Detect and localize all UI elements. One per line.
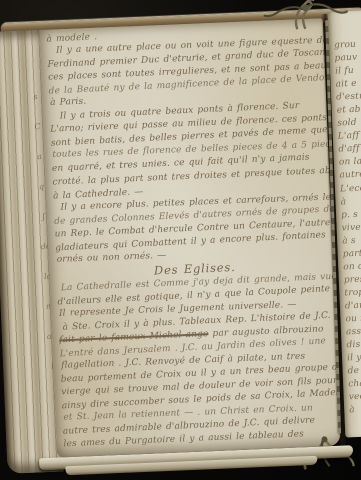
handwritten-text: à modele .Il y a une autre place ou on v… xyxy=(46,21,341,457)
fragment-line: de f xyxy=(347,364,361,378)
fragment-line: disp xyxy=(346,338,361,352)
fragment-line: vec xyxy=(349,390,361,404)
binding-knot xyxy=(262,0,349,35)
fragment-line: à xyxy=(349,404,361,418)
fragment-line: ou il xyxy=(345,312,361,326)
fragment-line: à xyxy=(340,195,361,209)
fragment-line: L'aff xyxy=(338,130,361,144)
fragment-line: ait e xyxy=(335,78,361,92)
fragment-line: part xyxy=(343,247,361,261)
fragment-line: assé xyxy=(346,325,361,339)
fragment-line: L'ece xyxy=(340,182,361,196)
fragment-line: d'aff xyxy=(338,143,361,157)
fragment-line: grou xyxy=(334,39,361,53)
fragment-line: d'estr xyxy=(336,91,361,105)
fragment-line: il y xyxy=(347,351,361,365)
fragment-line: pauv xyxy=(334,52,361,66)
fragment-line: on la xyxy=(339,156,361,170)
fragment-line: à s xyxy=(342,234,361,248)
photo-backdrop: sCaqʃdelamauiln à modele .Il y a une aut… xyxy=(0,0,361,480)
fragment-line: vive xyxy=(341,221,361,235)
manuscript-book: sCaqʃdelamauiln à modele .Il y a une aut… xyxy=(0,12,361,466)
fragment-line: cha xyxy=(348,377,361,391)
fragment-line: et ab xyxy=(337,104,361,118)
fragment-line: p. s xyxy=(341,208,361,222)
manuscript-left-page: à modele .Il y a une autre place ou on v… xyxy=(39,18,341,458)
fragment-line: il fu xyxy=(335,65,361,79)
fragment-line: sold xyxy=(337,117,361,131)
fragment-line: autre xyxy=(339,169,361,183)
fragment-line: on de xyxy=(343,260,361,274)
fragment-line: press xyxy=(344,273,361,287)
fragment-line: trop xyxy=(344,286,361,300)
fragment-line: d'au xyxy=(345,299,361,313)
